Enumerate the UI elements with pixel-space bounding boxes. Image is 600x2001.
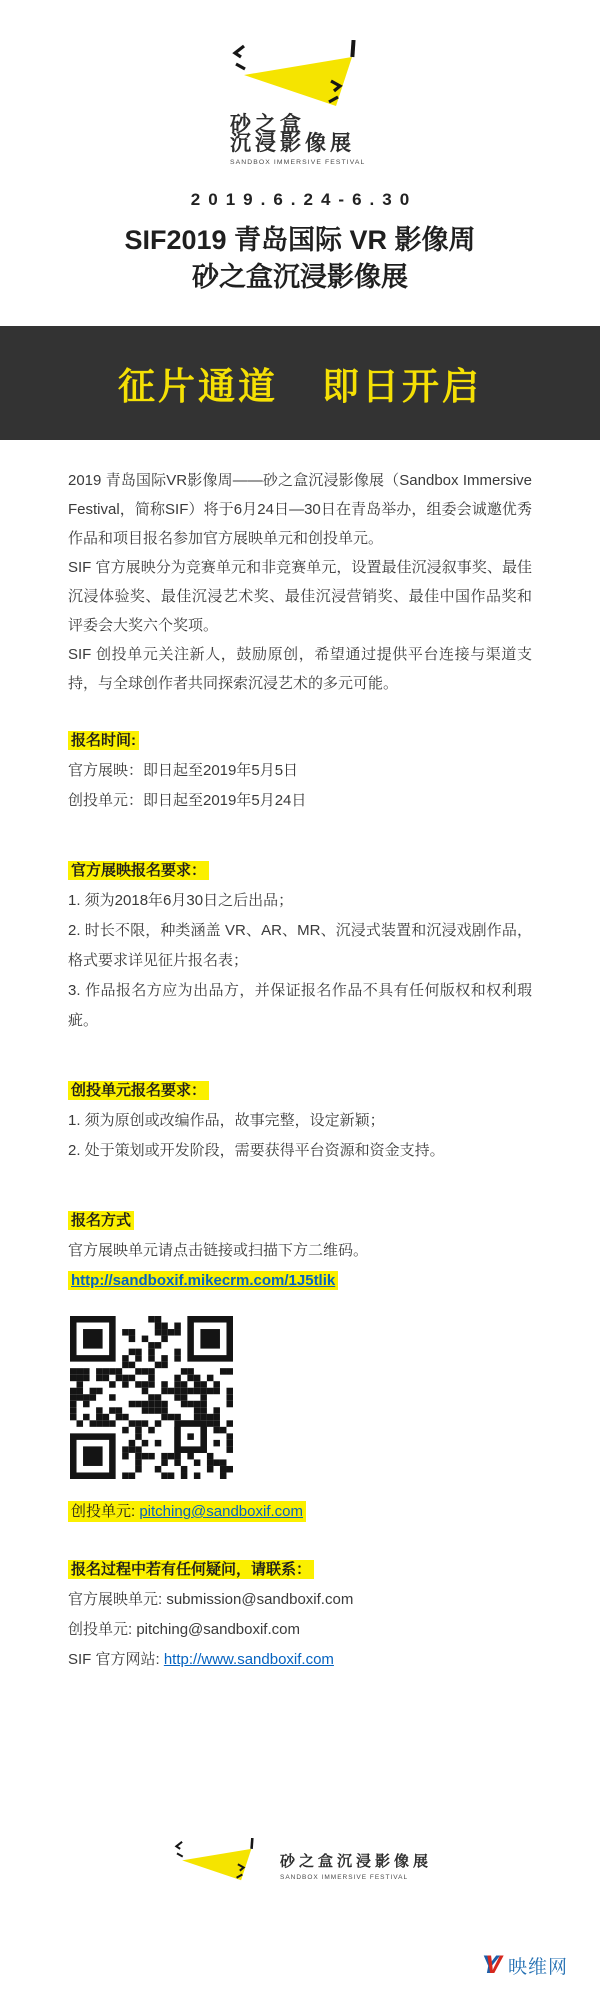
sif-logo: 砂之盒 沉浸影像展 SANDBOX IMMERSIVE FESTIVAL — [230, 0, 370, 166]
logo-cn-line2: 沉浸影像展 — [230, 131, 370, 156]
sif-triangle-logo-icon — [230, 40, 370, 118]
screening-requirement-item: 1. 须为2018年6月30日之后出品； — [68, 886, 532, 916]
page-title: SIF2019 青岛国际 VR 影像周 砂之盒沉浸影像展 — [0, 222, 600, 296]
event-date: 2019.6.24-6.30 — [0, 190, 600, 210]
schedule-line-pitching: 创投单元：即日起至2019年5月24日 — [68, 786, 532, 816]
official-website-link[interactable]: http://www.sandboxif.com — [164, 1651, 334, 1668]
intro-paragraph-2: SIF 官方展映分为竞赛单元和非竞赛单元，设置最佳沉浸叙事奖、最佳沉浸体验奖、最… — [68, 553, 532, 640]
section-pitching-requirements: 创投单元报名要求： 1. 须为原创或改编作品，故事完整，设定新颖； 2. 处于策… — [68, 1076, 532, 1166]
contact-pitching-email: 创投单元: pitching@sandboxif.com — [68, 1615, 532, 1645]
section-contact: 报名过程中若有任何疑问，请联系： 官方展映单元: submission@sand… — [68, 1555, 532, 1675]
screening-requirements-header: 官方展映报名要求： — [68, 861, 209, 880]
footer-logo-en: SANDBOX IMMERSIVE FESTIVAL — [280, 1874, 432, 1881]
schedule-line-screening: 官方展映：即日起至2019年5月5日 — [68, 756, 532, 786]
pitching-contact-label: 创投单元: — [71, 1503, 139, 1520]
section-apply: 报名方式 官方展映单元请点击链接或扫描下方二维码。 http://sandbox… — [68, 1206, 532, 1527]
contact-screening-email: 官方展映单元: submission@sandboxif.com — [68, 1585, 532, 1615]
contact-header: 报名过程中若有任何疑问，请联系： — [68, 1560, 314, 1579]
pitching-email-link[interactable]: pitching@sandboxif.com — [139, 1503, 303, 1520]
footer-logo-cn: 砂之盒沉浸影像展 — [280, 1850, 432, 1871]
pitching-contact-highlight: 创投单元: pitching@sandboxif.com — [68, 1501, 306, 1522]
website-label: SIF 官方网站: — [68, 1651, 164, 1668]
title-line2: 砂之盒沉浸影像展 — [0, 259, 600, 296]
article-body: 2019 青岛国际VR影像周——砂之盒沉浸影像展（Sandbox Immersi… — [0, 440, 600, 1675]
footer-logo-text: 砂之盒沉浸影像展 SANDBOX IMMERSIVE FESTIVAL — [280, 1850, 432, 1881]
intro-paragraph-3: SIF 创投单元关注新人，鼓励原创，希望通过提供平台连接与渠道支持，与全球创作者… — [68, 640, 532, 698]
banner-text-left: 征片通道 — [118, 356, 278, 410]
section-screening-requirements: 官方展映报名要求： 1. 须为2018年6月30日之后出品； 2. 时长不限，种… — [68, 856, 532, 1036]
yivian-watermark-text: 映维网 — [508, 1952, 568, 1979]
pitching-requirements-header: 创投单元报名要求： — [68, 1081, 209, 1100]
schedule-header: 报名时间: — [68, 731, 139, 750]
qr-code — [70, 1316, 233, 1479]
screening-requirement-item: 3. 作品报名方应为出品方，并保证报名作品不具有任何版权和权利瑕疵。 — [68, 976, 532, 1036]
section-schedule: 报名时间: 官方展映：即日起至2019年5月5日 创投单元：即日起至2019年5… — [68, 726, 532, 816]
pitching-requirement-item: 1. 须为原创或改编作品，故事完整，设定新颖； — [68, 1106, 532, 1136]
footer-sif-logo: 砂之盒沉浸影像展 SANDBOX IMMERSIVE FESTIVAL — [0, 1838, 600, 1893]
title-line1: SIF2019 青岛国际 VR 影像周 — [0, 222, 600, 259]
apply-header: 报名方式 — [68, 1211, 134, 1230]
pitching-requirement-item: 2. 处于策划或开发阶段，需要获得平台资源和资金支持。 — [68, 1136, 532, 1166]
sif-triangle-logo-icon — [168, 1838, 268, 1893]
intro-paragraph-1: 2019 青岛国际VR影像周——砂之盒沉浸影像展（Sandbox Immersi… — [68, 466, 532, 553]
banner-text-right: 即日开启 — [322, 356, 482, 410]
logo-en-tagline: SANDBOX IMMERSIVE FESTIVAL — [230, 159, 370, 166]
call-for-entries-banner: 征片通道 即日开启 — [0, 326, 600, 440]
screening-requirement-item: 2. 时长不限，种类涵盖 VR、AR、MR、沉浸式装置和沉浸戏剧作品，格式要求详… — [68, 916, 532, 976]
yivian-watermark: YV 映维网 — [482, 1952, 568, 1979]
apply-instruction: 官方展映单元请点击链接或扫描下方二维码。 — [68, 1236, 532, 1266]
poster-page: 砂之盒 沉浸影像展 SANDBOX IMMERSIVE FESTIVAL 201… — [0, 0, 600, 2001]
submission-form-link[interactable]: http://sandboxif.mikecrm.com/1J5tlik — [68, 1271, 338, 1290]
yivian-logo-icon: YV — [482, 1953, 502, 1978]
